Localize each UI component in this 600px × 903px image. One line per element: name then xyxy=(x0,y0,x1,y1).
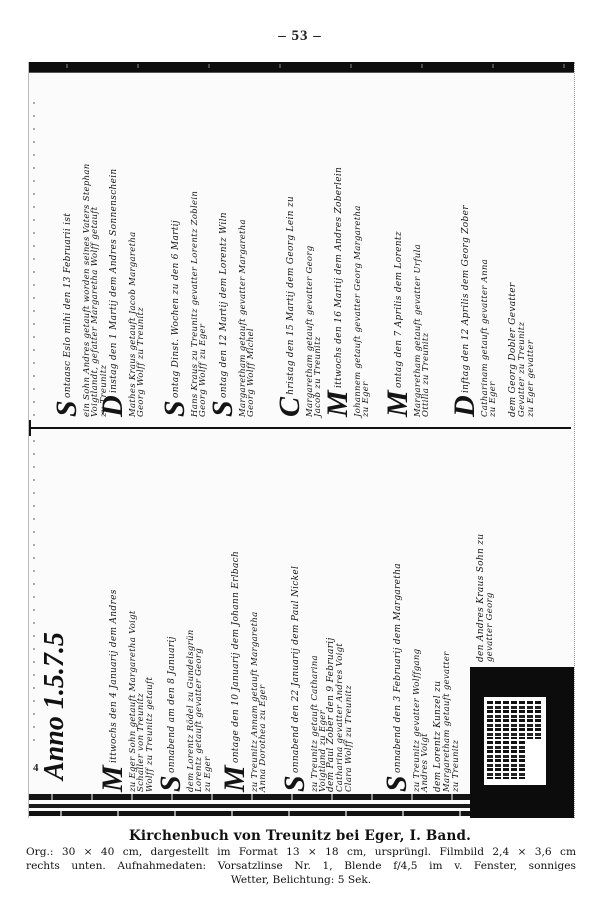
entry-line: Sonnabend am den 8 Januarij xyxy=(155,629,187,792)
entry-line: zu Eger xyxy=(204,629,213,792)
entry-initial: S xyxy=(159,400,191,417)
entry-initial: S xyxy=(155,775,187,792)
entry-line: Sontag Dinst. Wochen zu den 6 Martij xyxy=(159,191,191,417)
entry-line: Dinftag den 12 Aprilis dem Georg Zober xyxy=(449,205,481,417)
register-entry: dem Lorentz Kunzel zuMargaretham getauft… xyxy=(434,651,461,792)
entry-initial: S xyxy=(207,400,239,417)
caption-line-3: Wetter, Belichtung: 5 Sek. xyxy=(26,873,576,887)
caption-line-1: Org.: 30 × 40 cm, dargestellt im Format … xyxy=(26,845,576,859)
margin-mark: 4 xyxy=(33,762,39,774)
entry-initial: S xyxy=(279,775,311,792)
page-number: – 53 – xyxy=(0,28,600,45)
register-entry: Sonnabend den 22 Januarij dem Paul Nicke… xyxy=(279,566,328,792)
entry-line: Montag den 7 Aprilis dem Lorentz xyxy=(382,231,414,417)
manuscript-photo: Sontaasc Eslo mihi den 13 Februarii iste… xyxy=(28,62,575,818)
archive-label-card xyxy=(484,697,546,785)
entry-initial: D xyxy=(97,395,129,417)
register-entry: Sonnabend den 3 Februarij dem Margaretha… xyxy=(381,563,430,792)
entry-line: Sontaasc Eslo mihi den 13 Februarii ist xyxy=(51,163,83,417)
register-entry: den Andres Kraus Sohn zugevatter Georg xyxy=(477,534,495,662)
entry-line: Sontag den 12 Martij dem Lorentz Wiln xyxy=(207,212,239,417)
register-entry: Sontag den 12 Martij dem Lorentz WilnMar… xyxy=(207,212,256,417)
register-entry: dem Paul Zober den 9 FebruarijCatharina … xyxy=(327,637,354,792)
entry-line: Wolff zu Treunitz getauft xyxy=(146,589,155,792)
register-entry: Christag den 15 Martij dem Georg Lein zu… xyxy=(274,196,323,417)
entry-line: Christag den 15 Martij dem Georg Lein zu xyxy=(274,196,306,417)
register-entry: Montag den 7 Aprilis dem LorentzMargaret… xyxy=(382,231,431,417)
entry-line: Ottilia zu Treunitz xyxy=(422,231,431,417)
year-heading: Anno 1.5.7.5 xyxy=(39,632,71,780)
entry-line: Dinstag den 1 Martij dem Andres Sonnensc… xyxy=(97,168,129,417)
entry-line: zu Eger xyxy=(489,205,498,417)
register-entry: dem Georg Dobler GevatterGevatter zu Tre… xyxy=(509,283,536,417)
entry-line: Mittwochs den 4 Januarij dem Andres xyxy=(97,589,129,792)
entry-line: Johannem getauft gevatter Georg Margaret… xyxy=(354,167,363,417)
register-entry: Montage den 10 Januarij dem Johann Erlba… xyxy=(219,551,268,792)
entry-initial: M xyxy=(219,765,251,792)
archive-label-box xyxy=(470,667,574,818)
figure-caption: Kirchenbuch von Treunitz bei Eger, I. Ba… xyxy=(0,828,600,887)
photo-top-border xyxy=(29,62,574,73)
entry-initial: C xyxy=(274,397,306,417)
entry-initial: M xyxy=(97,765,129,792)
entry-line: Clara Wolff zu Treunitz xyxy=(345,637,354,792)
caption-title: Kirchenbuch von Treunitz bei Eger, I. Ba… xyxy=(0,828,600,844)
entry-initial: D xyxy=(449,395,481,417)
entry-line: gevatter Georg xyxy=(486,534,495,662)
register-entry: Dinstag den 1 Martij dem Andres Sonnensc… xyxy=(97,168,146,417)
entry-line: zu Treunitz xyxy=(452,651,461,792)
entry-line: Sonnabend den 22 Januarij dem Paul Nicke… xyxy=(279,566,311,792)
register-entry: Mittwochs den 4 Januarij dem Andreszu Eg… xyxy=(97,589,155,792)
entry-line: Georg Wolff zu Treunitz xyxy=(137,168,146,417)
register-entry: Dinftag den 12 Aprilis dem Georg ZoberCa… xyxy=(449,205,498,417)
entry-initial: S xyxy=(381,775,413,792)
photo-bottom-border xyxy=(29,794,471,818)
entry-line: Andres Voigt xyxy=(421,563,430,792)
entry-line: Montage den 10 Januarij dem Johann Erlba… xyxy=(219,551,251,792)
register-entry: Mittwochs den 16 Martij dem Andres Zober… xyxy=(322,167,371,417)
caption-details: Org.: 30 × 40 cm, dargestellt im Format … xyxy=(0,844,600,887)
caption-line-2: rechts unten. Aufnahmedaten: Vorsatzlins… xyxy=(26,859,576,873)
entry-line: Mittwochs den 16 Martij dem Andres Zober… xyxy=(322,167,354,417)
entry-line: zu Eger xyxy=(362,167,371,417)
register-entry: Sonnabend am den 8 Januarijdem Lorentz R… xyxy=(155,629,213,792)
entry-line: Sonnabend den 3 Februarij dem Margaretha xyxy=(381,563,413,792)
entry-initial: M xyxy=(382,390,414,417)
entry-line: Anna Dorothea zu Eger xyxy=(259,551,268,792)
entry-initial: S xyxy=(51,400,83,417)
entry-initial: M xyxy=(322,390,354,417)
entry-line: Georg Wolff Michel xyxy=(247,212,256,417)
register-entry: Sontag Dinst. Wochen zu den 6 MartijHans… xyxy=(159,191,208,417)
section-divider xyxy=(29,427,571,429)
entry-line: zu Eger gevatter xyxy=(527,283,536,417)
